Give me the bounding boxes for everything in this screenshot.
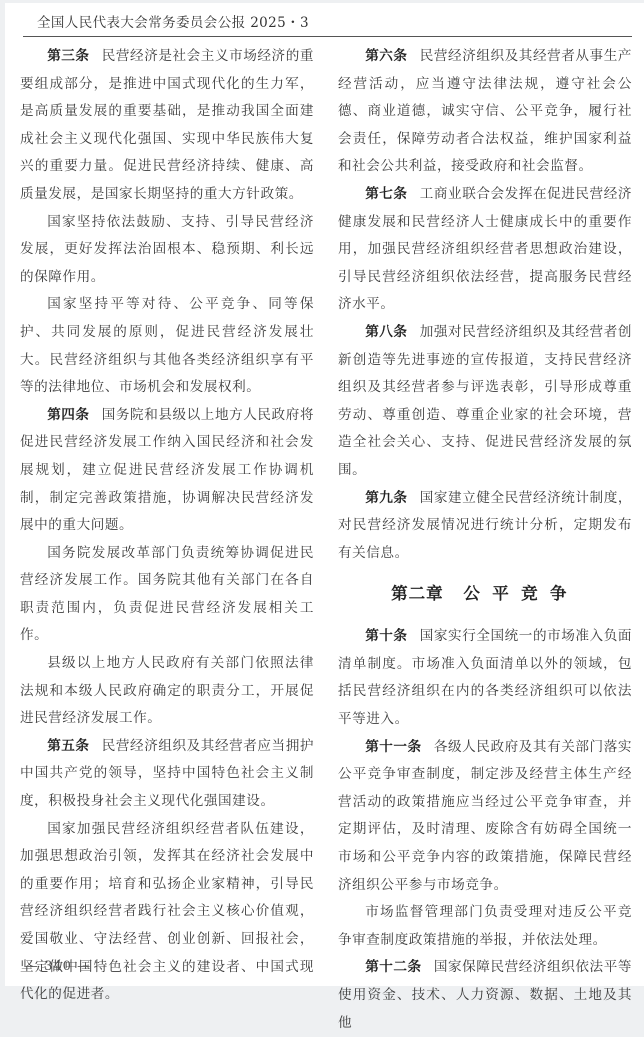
paragraph-article-12: 第十二条国家保障民营经济组织依法平等使用资金、技术、人力资源、数据、土地及其他 [338, 954, 632, 989]
paragraph-text: 国务院发展改革部门负责统筹协调促进民营经济发展工作。国务院其他有关部门在各自职责… [20, 545, 314, 644]
page-number: — 340 — [25, 959, 91, 974]
article-text: 工商业联合会发挥在促进民营经济健康发展和民营经济人士健康成长中的重要作用，加强民… [338, 186, 632, 312]
article-label: 第三条 [47, 48, 89, 64]
article-label: 第六条 [365, 48, 407, 64]
article-label: 第四条 [47, 407, 89, 423]
paragraph-article-7: 第七条工商业联合会发挥在促进民营经济健康发展和民营经济人士健康成长中的重要作用，… [338, 181, 632, 319]
paragraph-text: 市场监督管理部门负责受理对违反公平竞争审查制度政策措施的举报，并依法处理。 [338, 904, 632, 948]
right-column: 第六条民营经济组织及其经营者从事生产经营活动，应当遵守法律法规，遵守社会公德、商… [338, 43, 632, 989]
paragraph-article-11: 第十一条各级人民政府及其有关部门落实公平竞争审查制度，制定涉及经营主体生产经营活… [338, 734, 632, 900]
paragraph: 国家坚持平等对待、公平竞争、同等保护、共同发展的原则，促进民营经济发展壮大。民营… [20, 291, 314, 401]
paragraph-article-8: 第八条加强对民营经济组织及其经营者创新创造等先进事迹的宣传报道，支持民营经济组织… [338, 319, 632, 485]
paragraph-article-5: 第五条民营经济组织及其经营者应当拥护中国共产党的领导，坚持中国特色社会主义制度，… [20, 733, 314, 816]
page-header: 全国人民代表大会常务委员会公报 2025・3 [23, 3, 632, 37]
article-label: 第五条 [47, 738, 89, 754]
paragraph-article-4: 第四条国务院和县级以上地方人民政府将促进民营经济发展工作纳入国民经济和社会发展规… [20, 402, 314, 540]
article-label: 第十二条 [365, 959, 421, 975]
paragraph-text: 县级以上地方人民政府有关部门依照法律法规和本级人民政府确定的职责分工，开展促进民… [20, 655, 314, 726]
paragraph-text: 国家坚持平等对待、公平竞争、同等保护、共同发展的原则，促进民营经济发展壮大。民营… [20, 296, 314, 395]
article-text: 国务院和县级以上地方人民政府将促进民营经济发展工作纳入国民经济和社会发展规划，建… [20, 407, 314, 533]
article-text: 民营经济组织及其经营者从事生产经营活动，应当遵守法律法规，遵守社会公德、商业道德… [338, 48, 632, 174]
article-label: 第十一条 [365, 739, 421, 755]
chapter-title: 公平竞争 [463, 584, 579, 603]
paragraph-article-10: 第十条国家实行全国统一的市场准入负面清单制度。市场准入负面清单以外的领域，包括民… [338, 623, 632, 733]
paragraph: 县级以上地方人民政府有关部门依照法律法规和本级人民政府确定的职责分工，开展促进民… [20, 650, 314, 733]
article-label: 第七条 [365, 186, 407, 202]
article-text: 加强对民营经济组织及其经营者创新创造等先进事迹的宣传报道，支持民营经济组织及其经… [338, 324, 632, 478]
left-column: 第三条民营经济是社会主义市场经济的重要组成部分，是推进中国式现代化的生力军，是高… [20, 43, 314, 989]
paragraph-article-3: 第三条民营经济是社会主义市场经济的重要组成部分，是推进中国式现代化的生力军，是高… [20, 43, 314, 209]
paragraph-article-6: 第六条民营经济组织及其经营者从事生产经营活动，应当遵守法律法规，遵守社会公德、商… [338, 43, 632, 181]
chapter-number: 第二章 [391, 584, 444, 603]
chapter-heading: 第二章公平竞争 [338, 579, 632, 609]
paragraph: 国务院发展改革部门负责统筹协调促进民营经济发展工作。国务院其他有关部门在各自职责… [20, 540, 314, 650]
paragraph: 国家坚持依法鼓励、支持、引导民营经济发展，更好发挥法治固根本、稳预期、利长远的保… [20, 209, 314, 292]
document-page: 全国人民代表大会常务委员会公报 2025・3 第三条民营经济是社会主义市场经济的… [5, 3, 644, 986]
paragraph-text: 国家坚持依法鼓励、支持、引导民营经济发展，更好发挥法治固根本、稳预期、利长远的保… [20, 214, 314, 285]
article-label: 第十条 [365, 628, 407, 644]
paragraph-article-9: 第九条国家建立健全民营经济统计制度，对民营经济发展情况进行统计分析，定期发布有关… [338, 485, 632, 568]
article-label: 第九条 [365, 490, 407, 506]
article-text: 民营经济是社会主义市场经济的重要组成部分，是推进中国式现代化的生力军，是高质量发… [20, 48, 314, 202]
article-text: 各级人民政府及其有关部门落实公平竞争审查制度，制定涉及经营主体生产经营活动的政策… [338, 739, 632, 893]
article-label: 第八条 [365, 324, 407, 340]
paragraph: 市场监督管理部门负责受理对违反公平竞争审查制度政策措施的举报，并依法处理。 [338, 899, 632, 954]
gazette-title: 全国人民代表大会常务委员会公报 2025・3 [37, 11, 309, 31]
